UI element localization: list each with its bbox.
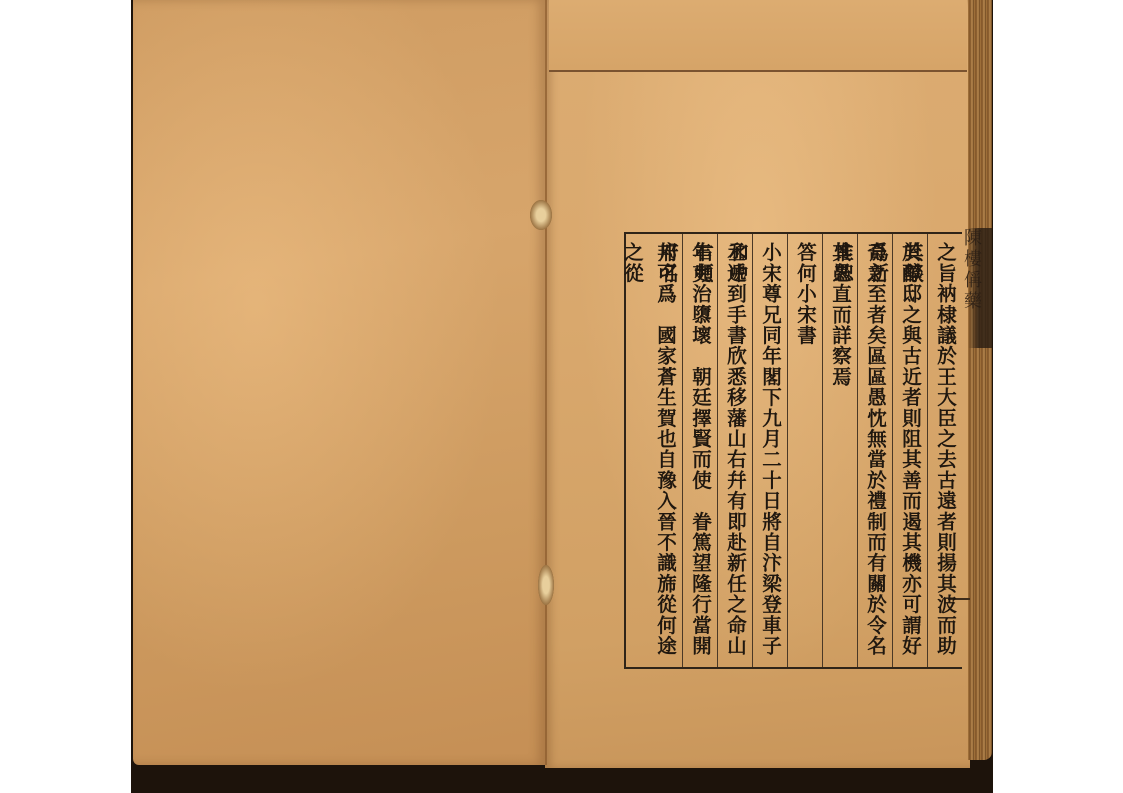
ink-blot (958, 228, 992, 348)
book-gutter-fold (545, 0, 547, 765)
text-column-9: 邦可爲 國家蒼生賀也自豫入晉不識旆從何途之從 (647, 234, 682, 667)
binding-thread-top (530, 200, 552, 230)
text-column-1: 之旨衲棣議於王大臣之去古遠者則揚其波而助其燄 (927, 234, 962, 667)
text-column-8: 年吏治隳壞 朝廷擇賢而使 眷篤望隆行當開府名 (682, 234, 717, 667)
folded-top-flap (549, 0, 967, 72)
text-column-6: 小宋尊兄同年閣下九月二十日將自汴梁登車子和中 (752, 234, 787, 667)
text-column-4: 其愚直而詳察焉 (822, 234, 857, 667)
text-column-7: 丞遞到手書欣悉移藩山右幷有即赴新任之命山右頻 (717, 234, 752, 667)
text-column-2: 於醇邸之與古近者則阻其善而遏其機亦可謂好爲新 (892, 234, 927, 667)
edge-header-title: 陳 樓 偁 藥 (958, 228, 988, 348)
text-column-5-letter-title: 答何小宋書 (787, 234, 822, 667)
text-block-frame: 之旨衲棣議於王大臣之去古遠者則揚其波而助其燄 於醇邸之與古近者則阻其善而遏其機亦… (624, 232, 962, 669)
binding-thread-bottom (538, 565, 554, 605)
left-page-blank (133, 0, 545, 765)
book-page-edges (968, 0, 992, 760)
text-column-3: 奇之至者矣區區愚忱無當於禮制而有關於令名惟恕 (857, 234, 892, 667)
